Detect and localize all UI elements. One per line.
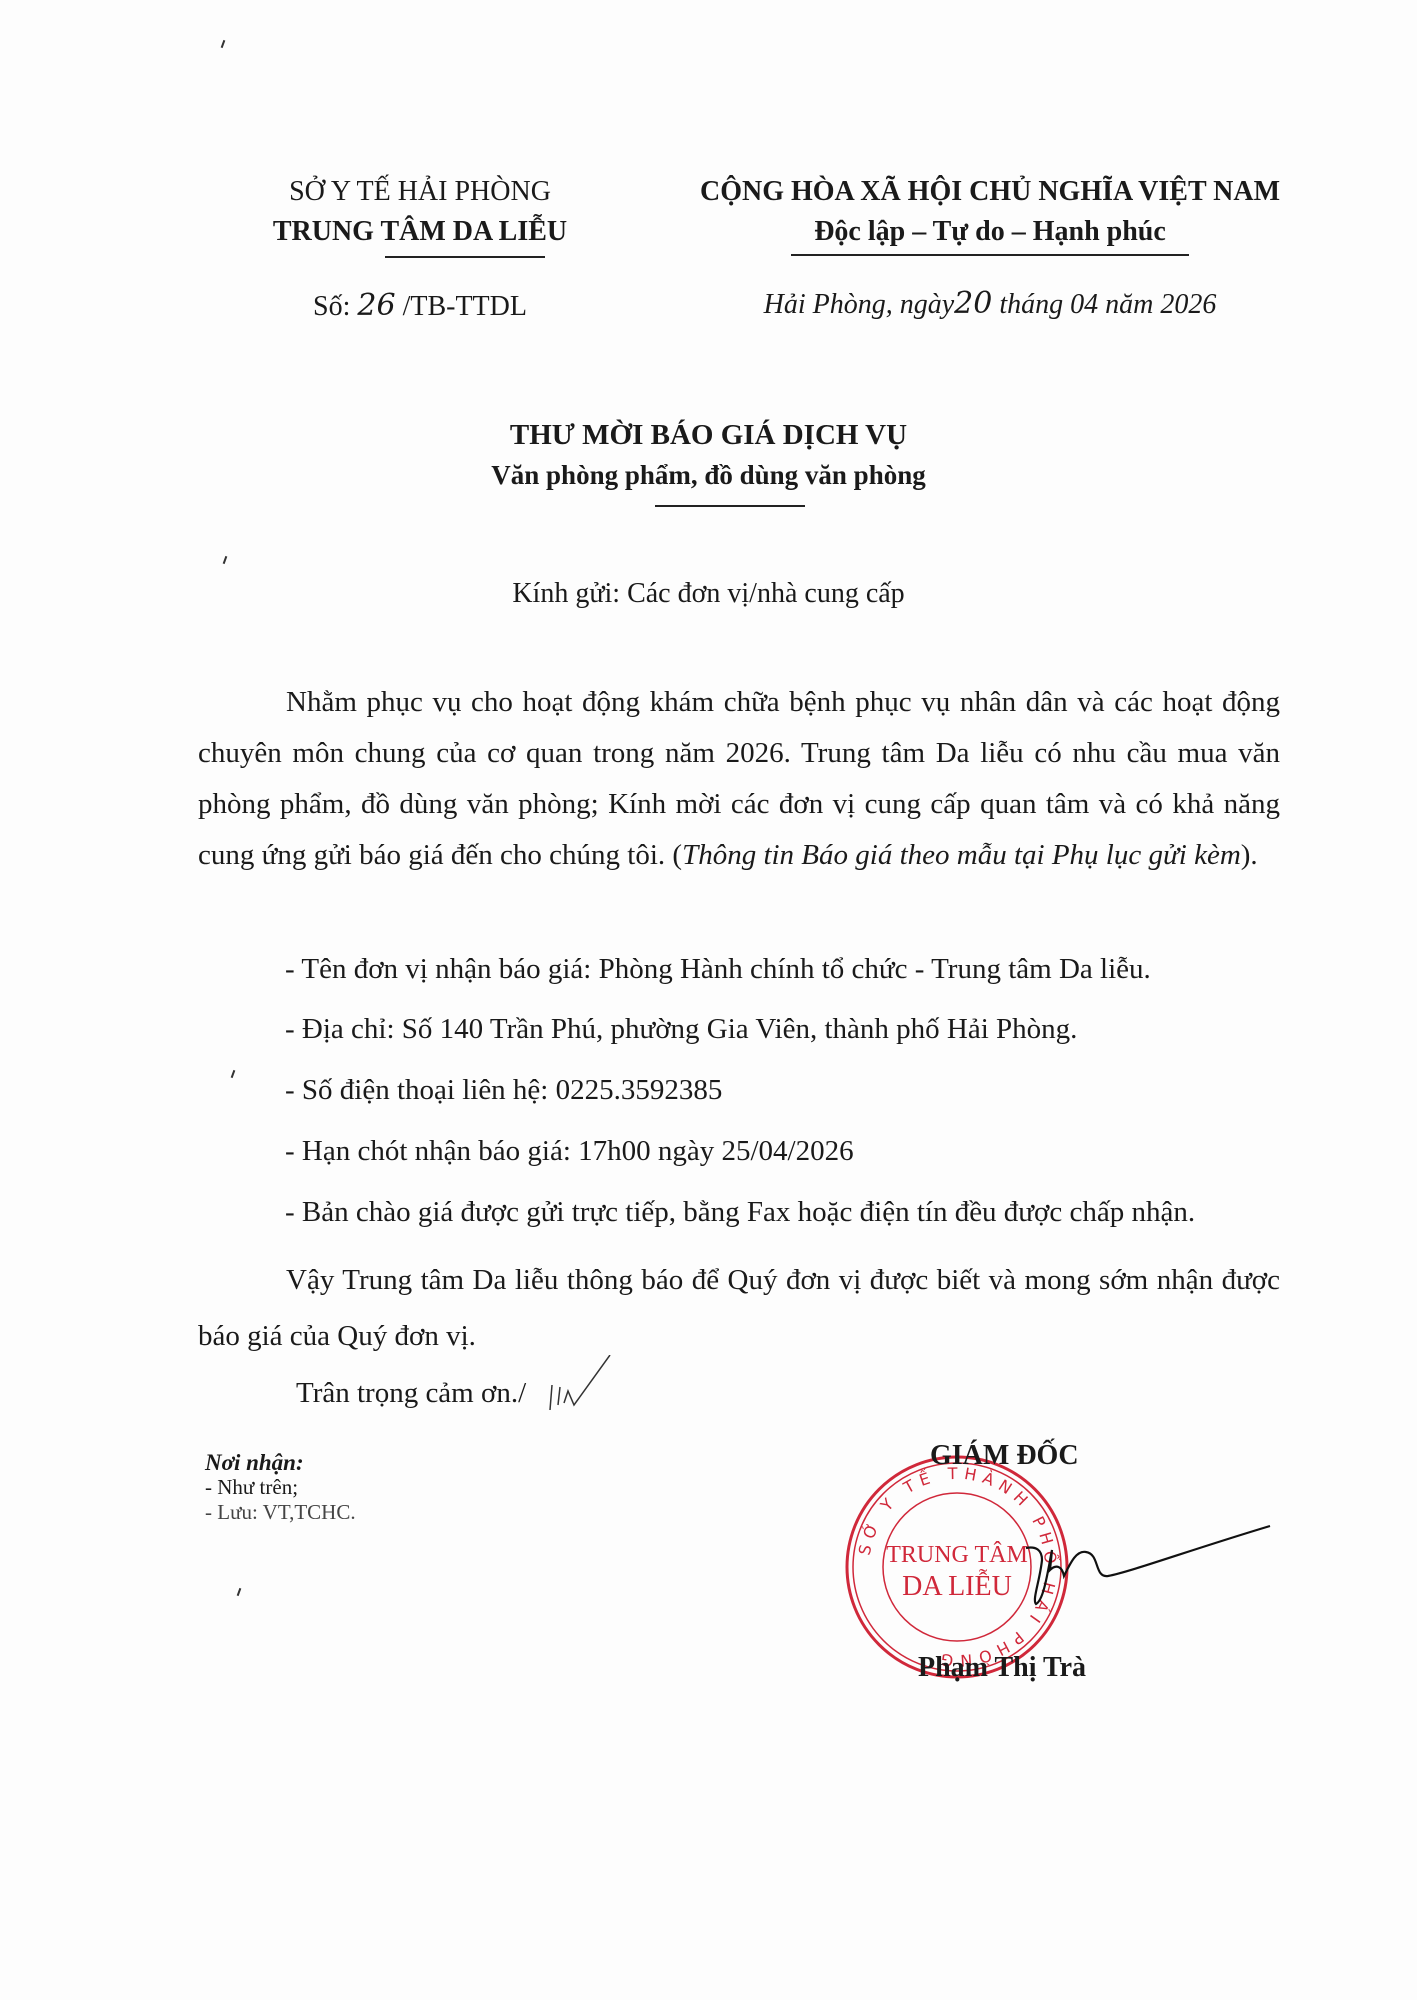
recipients-heading: Nơi nhận: — [205, 1450, 356, 1475]
info-item-receiver: - Tên đơn vị nhận báo giá: Phòng Hành ch… — [285, 953, 1151, 986]
country-name: CỘNG HÒA XÃ HỘI CHỦ NGHĨA VIỆT NAM — [670, 172, 1310, 212]
header-right: CỘNG HÒA XÃ HỘI CHỦ NGHĨA VIỆT NAM Độc l… — [670, 172, 1310, 325]
info-item-address: - Địa chỉ: Số 140 Trần Phú, phường Gia V… — [285, 1013, 1077, 1046]
title-underline — [655, 505, 805, 507]
scan-speck — [231, 1070, 236, 1078]
salutation: Kính gửi: Các đơn vị/nhà cung cấp — [0, 578, 1417, 610]
document-title: THƯ MỜI BÁO GIÁ DỊCH VỤ Văn phòng phẩm, … — [0, 415, 1417, 507]
handwritten-day: 20 — [954, 286, 992, 321]
header-left: SỞ Y TẾ HẢI PHÒNG TRUNG TÂM DA LIỄU Số: … — [200, 172, 640, 327]
recipients-line: - Lưu: VT,TCHC. — [205, 1500, 356, 1525]
initials-mark-icon — [544, 1355, 614, 1415]
agency-name: SỞ Y TẾ HẢI PHÒNG — [200, 172, 640, 212]
intro-italic-note: Thông tin Báo giá theo mẫu tại Phụ lục g… — [682, 839, 1241, 871]
svg-text:TRUNG TÂM: TRUNG TÂM — [886, 1542, 1028, 1568]
scan-speck — [223, 556, 228, 564]
document-number: Số: 26 /TB-TTDL — [200, 286, 640, 327]
signer-role: GIÁM ĐỐC — [930, 1440, 1130, 1472]
signer-name: Phạm Thị Trà — [918, 1652, 1158, 1684]
place-date: Hải Phòng, ngày20 tháng 04 năm 2026 — [670, 284, 1310, 325]
scan-speck — [221, 40, 226, 48]
info-item-submission: - Bản chào giá được gửi trực tiếp, bằng … — [285, 1196, 1195, 1229]
recipients-block: Nơi nhận: - Như trên; - Lưu: VT,TCHC. — [205, 1450, 356, 1525]
title-main: THƯ MỜI BÁO GIÁ DỊCH VỤ — [0, 415, 1417, 455]
signature-scribble-icon — [1020, 1520, 1280, 1610]
title-sub: Văn phòng phẩm, đồ dùng văn phòng — [0, 455, 1417, 495]
handwritten-number: 26 — [357, 288, 395, 323]
scan-speck — [237, 1588, 242, 1596]
national-motto: Độc lập – Tự do – Hạnh phúc — [670, 212, 1310, 252]
info-item-phone: - Số điện thoại liên hệ: 0225.3592385 — [285, 1074, 722, 1107]
recipients-line: - Như trên; — [205, 1475, 356, 1500]
info-item-deadline: - Hạn chót nhận báo giá: 17h00 ngày 25/0… — [285, 1135, 854, 1168]
closing-paragraph: Vậy Trung tâm Da liễu thông báo để Quý đ… — [198, 1252, 1280, 1364]
org-underline — [385, 256, 545, 258]
svg-text:DA LIỄU: DA LIỄU — [902, 1569, 1012, 1602]
motto-underline — [791, 254, 1189, 256]
org-name: TRUNG TÂM DA LIỄU — [200, 212, 640, 252]
intro-paragraph: Nhằm phục vụ cho hoạt động khám chữa bện… — [198, 677, 1280, 881]
thanks-line: Trân trọng cảm ơn./ — [296, 1377, 526, 1410]
